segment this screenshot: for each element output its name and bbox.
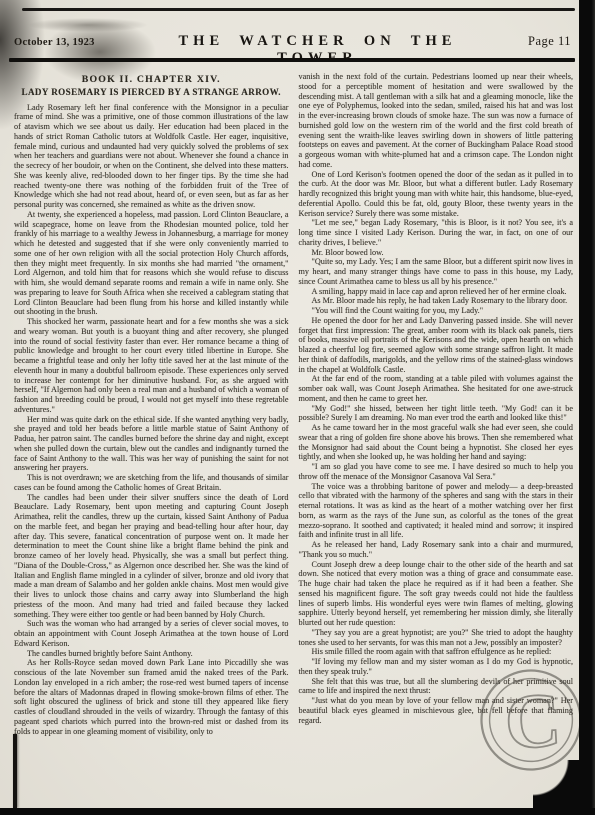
- right-paragraphs: vanish in the next fold of the curtain. …: [299, 72, 574, 725]
- header-rule: [9, 58, 575, 62]
- page-header: October 13, 1923 THE WATCHER ON THE TOWE…: [14, 33, 571, 55]
- scanned-newspaper-page: October 13, 1923 THE WATCHER ON THE TOWE…: [0, 0, 595, 815]
- stamp-letter-c: C: [502, 676, 564, 766]
- paragraph: One of Lord Kerison's footmen opened the…: [299, 170, 574, 219]
- paragraph: As her Rolls-Royce sedan moved down Park…: [14, 658, 289, 736]
- paragraph: As he came toward her in the most gracef…: [299, 423, 574, 462]
- chapter-title: LADY ROSEMARY IS PIERCED BY A STRANGE AR…: [14, 87, 289, 98]
- scan-frame-right: [579, 0, 595, 815]
- paragraph: The candles had been under their silver …: [14, 493, 289, 620]
- text-column-left: BOOK II. CHAPTER XIV. LADY ROSEMARY IS P…: [14, 72, 289, 805]
- paragraph: The voice was a throbbing baritone of po…: [299, 482, 574, 541]
- paragraph: As Mr. Bloor made his reply, he had take…: [299, 296, 574, 306]
- paragraph: "My God!" she hissed, between her tight …: [299, 404, 574, 424]
- paragraph: Lady Rosemary left her final conference …: [14, 103, 289, 210]
- paragraph: The candles burned brightly before Saint…: [14, 649, 289, 659]
- top-rule: [22, 8, 575, 11]
- page-number: Page 11: [481, 34, 571, 49]
- scan-frame-bottom: [0, 808, 595, 815]
- scan-corner-bottom-right: [533, 760, 585, 812]
- paragraph: Mr. Bloor bowed low.: [299, 248, 574, 258]
- page-date: October 13, 1923: [14, 37, 154, 48]
- paragraph: vanish in the next fold of the curtain. …: [299, 72, 574, 170]
- paragraph: Her mind was quite dark on the ethical s…: [14, 415, 289, 474]
- paragraph: "They say you are a great hypnotist; are…: [299, 628, 574, 648]
- paragraph: Such was the woman who had arranged by a…: [14, 619, 289, 648]
- paragraph: This shocked her warm, passionate heart …: [14, 317, 289, 415]
- paragraph: This is not overdrawn; we are sketching …: [14, 473, 289, 493]
- chapter-heading: BOOK II. CHAPTER XIV.: [14, 74, 289, 86]
- scan-crease: [13, 734, 17, 808]
- left-paragraphs: Lady Rosemary left her final conference …: [14, 103, 289, 737]
- paragraph: "I am so glad you have come to see me. I…: [299, 462, 574, 482]
- paragraph: As he released her hand, Lady Rosemary s…: [299, 540, 574, 560]
- paragraph: Count Joseph drew a deep lounge chair to…: [299, 560, 574, 628]
- paragraph: "Quite so, my Lady. Yes; I am the same B…: [299, 257, 574, 286]
- paragraph: At twenty, she experienced a hopeless, m…: [14, 210, 289, 317]
- scan-smudge: [28, 18, 148, 32]
- paragraph: He opened the door for her and Lady Danv…: [299, 316, 574, 375]
- paragraph: "Let me see," began Lady Rosemary, "this…: [299, 218, 574, 247]
- paragraph: A smiling, happy maid in lace cap and ap…: [299, 287, 574, 297]
- paragraph: At the far end of the room, standing at …: [299, 374, 574, 403]
- paragraph: His smile filled the room again with tha…: [299, 647, 574, 657]
- paragraph: "You will find the Count waiting for you…: [299, 306, 574, 316]
